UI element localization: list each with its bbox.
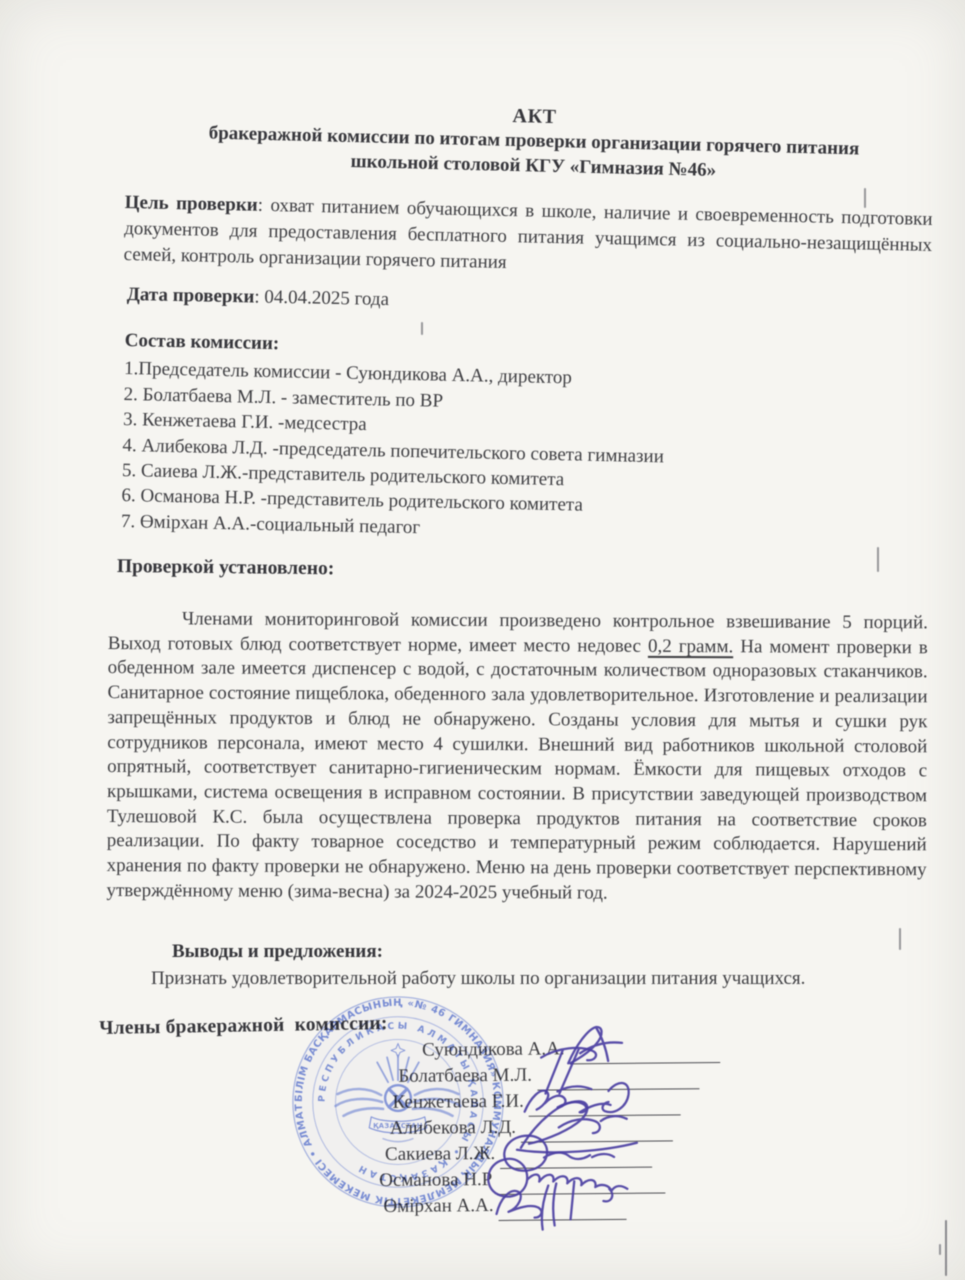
stamp-center-text: ҚАЗАҚСТАН bbox=[373, 1122, 423, 1130]
scan-artifact-line bbox=[939, 1244, 941, 1255]
conclusions-heading: Выводы и предложения: bbox=[172, 941, 383, 963]
goal-label: Цель проверки bbox=[125, 192, 258, 216]
inspection-date-label: Дата проверки bbox=[127, 284, 255, 307]
scan-artifact-line bbox=[899, 928, 901, 950]
document-body: АКТ бракеражной комиссии по итогам прове… bbox=[0, 0, 965, 1280]
official-round-stamp: БІЛІМ БАСҚАРМАСЫНЫҢ «№ 46 ГИМНАЗИЯ» КОММ… bbox=[284, 986, 512, 1218]
scan-artifact-line bbox=[421, 322, 423, 335]
signature-line bbox=[498, 1201, 626, 1221]
inspection-date-value: : 04.04.2025 года bbox=[254, 286, 389, 310]
findings-text-after: На момент проверки в обеденном зале имее… bbox=[106, 636, 927, 903]
scanned-document-page: АКТ бракеражной комиссии по итогам прове… bbox=[0, 0, 965, 1280]
findings-paragraph: Членами мониторинговой комиссии произвед… bbox=[106, 607, 928, 908]
findings-underlined-value: 0,2 грамм. bbox=[648, 636, 733, 657]
goal-paragraph: Цель проверки: охват питанием обучающихс… bbox=[123, 190, 932, 284]
scan-artifact-line bbox=[945, 1220, 947, 1276]
inspection-date-line: Дата проверки: 04.04.2025 года bbox=[127, 284, 390, 311]
findings-heading: Проверкой установлено: bbox=[117, 556, 335, 580]
scan-artifact-line bbox=[877, 547, 879, 572]
commission-block: Состав комиссии: 1.Председатель комиссии… bbox=[121, 328, 667, 546]
scan-artifact-line bbox=[864, 188, 866, 208]
document-title-block: АКТ бракеражной комиссии по итогам прове… bbox=[103, 95, 965, 189]
